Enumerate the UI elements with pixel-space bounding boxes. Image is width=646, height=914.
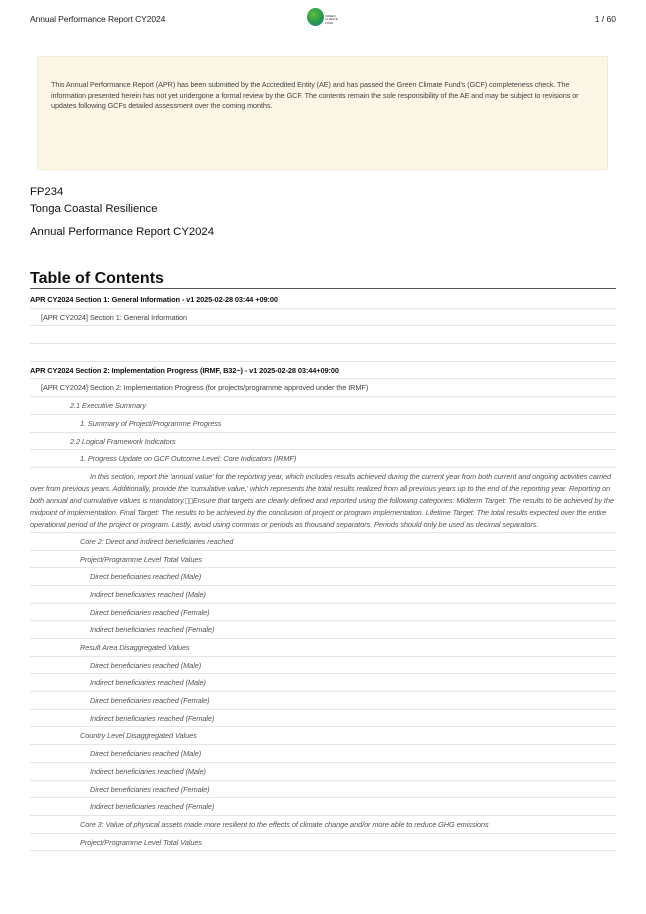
toc-entry-link[interactable]: Direct beneficiaries reached (Male) — [30, 568, 616, 586]
toc-entry-link[interactable]: Direct beneficiaries reached (Male) — [30, 745, 616, 763]
toc-entry-link[interactable]: Country Level Disaggregated Values — [30, 727, 616, 745]
toc-entry-link[interactable]: Indirect beneficiaries reached (Female) — [30, 621, 616, 639]
instruction-text: In this section, report the 'annual valu… — [30, 472, 614, 529]
toc-entry-link[interactable]: Core 2: Direct and indirect beneficiarie… — [30, 533, 616, 551]
toc-entry-link[interactable]: 1. Summary of Project/Programme Progress — [30, 415, 616, 433]
toc-entry-link[interactable]: Direct beneficiaries reached (Female) — [30, 692, 616, 710]
disclaimer-text: This Annual Performance Report (APR) has… — [51, 80, 596, 112]
toc-entry-link[interactable]: Indirect beneficiaries reached (Male) — [30, 763, 616, 781]
disclaimer-notice: This Annual Performance Report (APR) has… — [37, 56, 608, 170]
toc-entry-link[interactable]: Indirect beneficiaries reached (Female) — [30, 710, 616, 728]
toc-entry-link[interactable]: Direct beneficiaries reached (Female) — [30, 604, 616, 622]
page-indicator: 1 / 60 — [595, 14, 616, 24]
toc-section-link[interactable]: APR CY2024 Section 2: Implementation Pro… — [30, 362, 616, 380]
toc-entry-link[interactable]: [APR CY2024] Section 2: Implementation P… — [30, 379, 616, 397]
toc-entry-link — [30, 326, 616, 344]
toc-entry-link[interactable]: Core 3: Value of physical assets made mo… — [30, 816, 616, 834]
toc-entry-link[interactable]: Project/Programme Level Total Values — [30, 551, 616, 569]
project-name: Tonga Coastal Resilience — [30, 203, 157, 215]
toc-entry-link[interactable]: 2.1 Executive Summary — [30, 397, 616, 415]
toc-section-link[interactable]: APR CY2024 Section 1: General Informatio… — [30, 291, 616, 309]
report-title: Annual Performance Report CY2024 — [30, 226, 214, 238]
toc-entry-link[interactable]: Result Area Disaggregated Values — [30, 639, 616, 657]
toc-entry-link[interactable]: Indirect beneficiaries reached (Male) — [30, 586, 616, 604]
toc-entry-link[interactable]: Indirect beneficiaries reached (Female) — [30, 798, 616, 816]
toc-divider — [30, 288, 616, 289]
toc-entry-link[interactable]: 2.2 Logical Framework Indicators — [30, 433, 616, 451]
toc-entry-link[interactable]: Project/Programme Level Total Values — [30, 834, 616, 852]
toc-entry-link[interactable]: [APR CY2024] Section 1: General Informat… — [30, 309, 616, 327]
logo-text: GREEN CLIMATE FUND — [325, 15, 338, 25]
toc-entry-link[interactable]: Direct beneficiaries reached (Female) — [30, 781, 616, 799]
toc-entry-link — [30, 344, 616, 362]
table-of-contents: APR CY2024 Section 1: General Informatio… — [30, 291, 616, 851]
toc-entry-link[interactable]: 1. Progress Update on GCF Outcome Level:… — [30, 450, 616, 468]
page-header: Annual Performance Report CY2024 GREEN C… — [0, 0, 646, 36]
header-title: Annual Performance Report CY2024 — [30, 14, 165, 24]
logo-globe-icon — [307, 8, 324, 26]
toc-entry-link[interactable]: Indirect beneficiaries reached (Male) — [30, 674, 616, 692]
gcf-logo-icon: GREEN CLIMATE FUND — [307, 8, 341, 28]
toc-title: Table of Contents — [30, 270, 164, 288]
toc-instruction-text: In this section, report the 'annual valu… — [30, 468, 616, 533]
project-code: FP234 — [30, 186, 63, 198]
toc-entry-link[interactable]: Direct beneficiaries reached (Male) — [30, 657, 616, 675]
